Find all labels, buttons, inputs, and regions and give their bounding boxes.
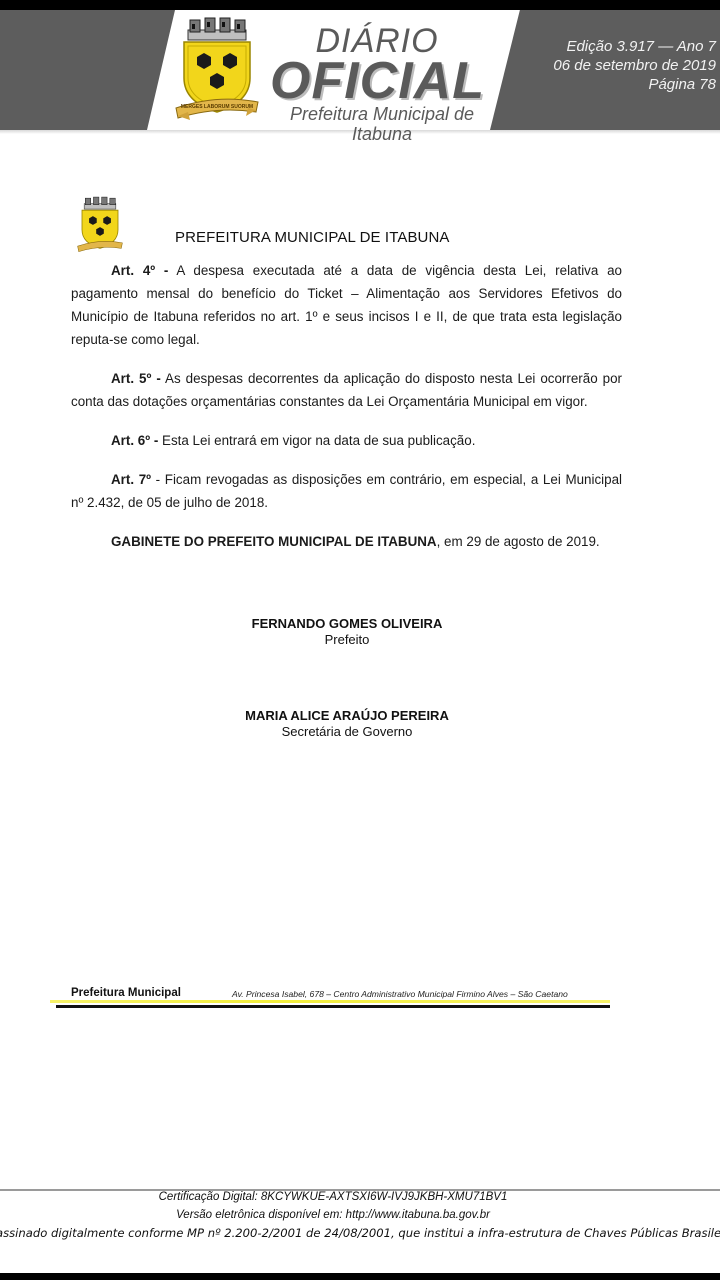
certification-legal: assinado digitalmente conforme MP nº 2.2… [0,1226,716,1240]
page-number: Página 78 [553,75,716,94]
masthead-oficial: OFICIAL [270,58,480,104]
page-footer: Prefeitura Municipal Av. Princesa Isabel… [50,985,610,1009]
closing-line: GABINETE DO PREFEITO MUNICIPAL DE ITABUN… [71,530,622,553]
closing-label: GABINETE DO PREFEITO MUNICIPAL DE ITABUN… [111,534,437,549]
closing-text: , em 29 de agosto de 2019. [437,534,600,549]
masthead-title: DIÁRIO OFICIAL Prefeitura Municipal de I… [270,24,480,144]
edition-number: Edição 3.917 — Ano 7 [553,37,716,56]
article-label: Art. 7º [111,472,151,487]
signature-secretary: MARIA ALICE ARAÚJO PEREIRA Secretária de… [0,708,694,740]
footer-address: Av. Princesa Isabel, 678 – Centro Admini… [232,989,568,999]
article-label: Art. 5º - [111,371,161,386]
top-black-bar [0,0,720,10]
article-label: Art. 6º - [111,433,158,448]
footer-black-rule [56,1005,610,1008]
article-text: Esta Lei entrará em vigor na data de sua… [158,433,475,448]
article-4: Art. 4º - A despesa executada até a data… [71,259,622,351]
document-org-title: PREFEITURA MUNICIPAL DE ITABUNA [175,229,450,246]
bottom-black-bar [0,1273,720,1280]
coat-of-arms-icon: MERGES LABORUM SUORUM [174,16,260,126]
header-left-band [0,10,175,130]
signature-name: MARIA ALICE ARAÚJO PEREIRA [0,708,694,724]
footer-yellow-rule [50,1000,610,1003]
masthead-header: DIÁRIO OFICIAL Prefeitura Municipal de I… [0,10,720,130]
document-body: Art. 4º - A despesa executada até a data… [71,259,622,553]
edition-info: Edição 3.917 — Ano 7 06 de setembro de 2… [553,37,716,94]
certification-url: Versão eletrônica disponível em: http://… [0,1209,693,1221]
coat-of-arms-small-icon [72,196,128,256]
signature-role: Prefeito [0,632,694,648]
article-5: Art. 5º - As despesas decorrentes da apl… [71,367,622,413]
edition-date: 06 de setembro de 2019 [553,56,716,75]
signature-role: Secretária de Governo [0,724,694,740]
masthead-subtitle: Prefeitura Municipal de [270,104,480,124]
masthead-city: Itabuna [270,124,480,144]
article-label: Art. 4º - [111,263,168,278]
footer-label: Prefeitura Municipal [71,987,181,999]
certification-code: Certificação Digital: 8KCYWKUE-AXTSXI6W-… [0,1191,693,1203]
signature-mayor: FERNANDO GOMES OLIVEIRA Prefeito [0,616,694,648]
signature-name: FERNANDO GOMES OLIVEIRA [0,616,694,632]
article-text: - Ficam revogadas as disposições em cont… [71,472,622,510]
svg-text:MERGES LABORUM SUORUM: MERGES LABORUM SUORUM [181,104,253,110]
article-7: Art. 7º - Ficam revogadas as disposições… [71,468,622,514]
article-6: Art. 6º - Esta Lei entrará em vigor na d… [71,429,622,452]
